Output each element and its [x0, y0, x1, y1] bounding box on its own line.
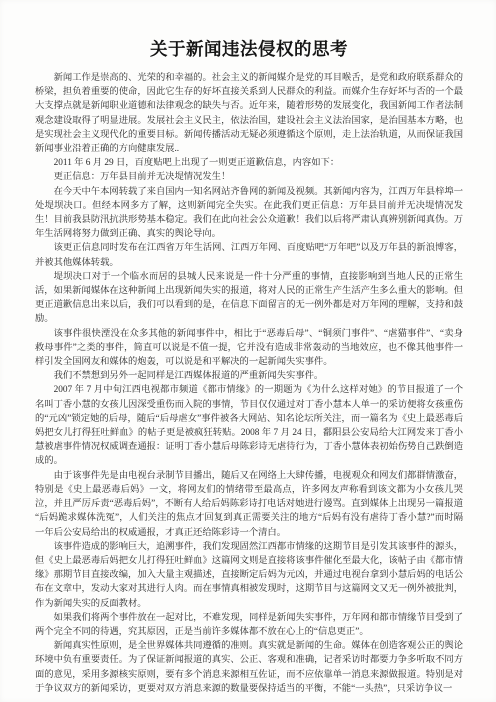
paragraph-correction-publish: 该更正信息同时发布在江西省万年生活网、江西万年网、百度贴吧“万年吧”以及万年县的… [35, 241, 463, 269]
paragraph-spread-online: 由于该事件先是由电视台录制节目播出，随后又在网络上大肆传播，电视观众和网友们都群… [35, 469, 463, 540]
paragraph-influence: 该事件造成的影响巨大，追溯事件，我们发现固然江西都市情缘的这期节目是引发其该事件… [35, 540, 463, 611]
paragraph-2007-case: 2007 年 7 月中旬江西电视都市频道《都市情缘》的一期题为《为什么这样对她》… [35, 383, 463, 468]
paragraph-transition: 我们不禁想到另外一起同样是江西媒体报道的严重新闻失实事件。 [35, 369, 463, 383]
paragraph-event-faded: 该事件很快湮没在众多其他的新闻事件中，相比于“恶毒后母”、“铜须门事件”、“虐猫… [35, 327, 463, 370]
document-page: 关于新闻违法侵权的思考 新闻工作是崇高的、光荣的和幸福的。社会主义的新闻媒介是党… [0, 0, 496, 702]
paragraph-correction-headline: 更正信息：万年县目前并无决堤情况发生！ [35, 170, 463, 184]
paragraph-comparison: 如果我们将两个事件放在一起对比，不难发现，同样是新闻失实事件，万年网和都市情缘节… [35, 611, 463, 639]
document-body: 新闻工作是崇高的、光荣的和幸福的。社会主义的新闻媒介是党的耳目喉舌，是党和政府联… [35, 71, 463, 696]
paragraph-intro: 新闻工作是崇高的、光荣的和幸福的。社会主义的新闻媒介是党的耳目喉舌，是党和政府联… [35, 71, 463, 156]
paragraph-dam-impact: 堤坝决口对于一个临水而居的县城人民来说是一件十分严重的事情，直接影响到当地人民的… [35, 270, 463, 327]
paragraph-correction-body: 在今天中午本网转载了来自国内一知名网站齐鲁网的新闻及视频。其新闻内容为，江西万年… [35, 185, 463, 242]
document-title: 关于新闻违法侵权的思考 [35, 37, 463, 61]
paragraph-truth-principle: 新闻真实性原则，是全世界媒体共同遵循的准则。真实就是新闻的生命。媒体在创造客观公… [35, 639, 463, 696]
paragraph-date-2011: 2011 年 6 月 29 日，百度贴吧上出现了一则更正道歉信息，内容如下： [35, 156, 463, 170]
